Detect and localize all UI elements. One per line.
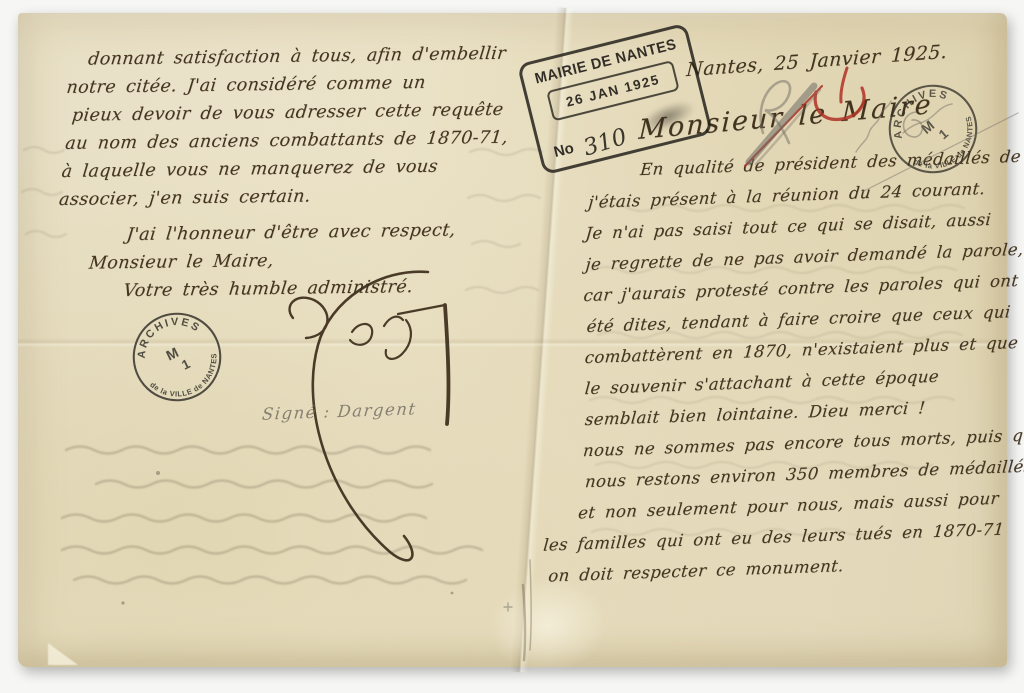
stamp-letter: M — [918, 117, 937, 137]
stamp-number-value: 310 — [580, 124, 630, 162]
stamp-number: 1 — [936, 126, 951, 142]
scanned-letter: donnant satisfaction à tous, afin d'embe… — [0, 0, 1024, 693]
ink-smudge — [636, 95, 699, 139]
stamp-number-label: No — [552, 140, 576, 161]
line-text: notre citée. J'ai considéré comme un — [65, 73, 426, 98]
line-text: Monsieur le Maire, — [88, 251, 275, 274]
line-text: J'ai l'honneur d'être avec respect, — [126, 220, 457, 245]
line-text: associer, j'en suis certain. — [58, 186, 312, 210]
stamp-number: 1 — [179, 356, 192, 373]
line-text: à laquelle vous ne manquerez de vous — [61, 157, 439, 182]
corner-fold — [48, 643, 78, 665]
handwritten-line: associer, j'en suis certain. — [59, 183, 530, 218]
stamp-letter: M — [163, 344, 181, 364]
right-page-text: En qualité de président des médaillés de… — [556, 147, 1024, 597]
